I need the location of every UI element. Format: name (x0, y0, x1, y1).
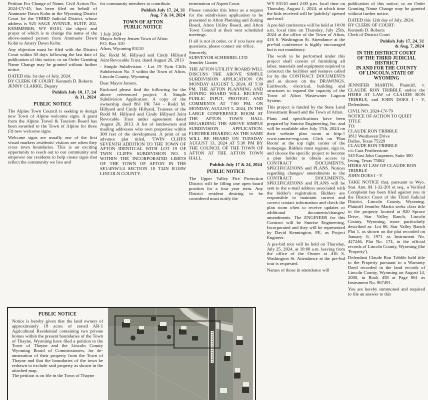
newspaper-page: Petition For Change of Name, Civil Actio… (0, 0, 428, 400)
notice-paragraph: for community members to contribute. (100, 2, 186, 7)
notice-heading: PUBLIC NOTICE (8, 103, 97, 108)
notice-paragraph: Enclosed please find the following for t… (100, 87, 186, 176)
notice-paragraph: THE AFTON UTILITY BOARD WILL DISCUSS THE… (189, 67, 263, 161)
notice-lines: DATED this 12th day of July, 2024. BY CL… (348, 18, 425, 38)
notice-column-4: WY 83110 until 2:00 p.m. local time on T… (267, 2, 345, 275)
thayne-deannexation-notice-box: PUBLIC NOTICE Notice is hereby given tha… (7, 307, 256, 400)
notice-paragraph: Re: Rodd M. Hillyard and Cindy Hillyard … (100, 53, 186, 63)
notice-paragraph: You are hereby summoned and required to … (348, 287, 425, 297)
notice-paragraph: Plans and specifications have been prepa… (267, 116, 345, 240)
notice-lines: Dear Mayor Jensen, (100, 81, 186, 86)
notice-lines: DATED this 1st day of July, 2024. BY CLE… (8, 74, 97, 89)
notice-paragraph: The Upper Valley Fire Protection Distric… (189, 176, 263, 201)
notice-column-1: Petition For Change of Name, Civil Actio… (8, 2, 97, 167)
notice-paragraph: Names of those in attendance will (267, 268, 345, 273)
publish-line: Publish July 17, 24, 31 & Aug. 7, 2024 (348, 39, 424, 49)
notice-paragraph: WY 83110 until 2:00 p.m. local time on T… (267, 2, 345, 22)
notice-paragraph: This project is funded by the State Land… (267, 105, 345, 115)
notice-heading: PUBLIC NOTICE (189, 170, 263, 175)
notice-paragraph: Welcome signs are usually one of the fir… (8, 135, 97, 165)
notice-paragraph: publication of this notice, or an Order … (348, 2, 425, 17)
notice-heading: IN THE DISTRICT COURT OF THE THIRD JUDIC… (348, 52, 425, 82)
notice-paragraph: JENNIFER MARTIN, Plaintiff, v. CLAUDE RO… (348, 83, 425, 108)
notice-paragraph: If all is not in order, or if you have a… (189, 39, 263, 49)
notice-paragraph: A pre-bid conference will be held at 10:… (267, 23, 345, 53)
notice-column-2: for community members to contribute.Publ… (100, 2, 186, 178)
notice-column-5: publication of this notice, or an Order … (348, 2, 425, 299)
notice-paragraph: TAKE NOTICE that, pursuant to Wyo. Stat.… (348, 180, 425, 254)
notice-paragraph: Defendant Claude Ron Tribble held title … (348, 256, 425, 286)
thayne-notice-text: PUBLIC NOTICE Notice is hereby given tha… (12, 310, 103, 400)
notice-paragraph: Notice is hereby given that the land own… (12, 319, 103, 378)
notice-paragraph: The Alpine Town Council is seeking to de… (8, 109, 97, 134)
notice-heading: PUBLIC NOTICE (12, 313, 103, 318)
publish-line: Publish July 17, 24, 31 Aug. 7 & 14, 202… (100, 8, 185, 18)
notice-paragraph: The work to be performed under this proj… (267, 54, 345, 104)
notice-lines: CIVIL NO. 2024-CV-79 NOTICE OF ACTION TO… (348, 109, 425, 178)
publish-line: Publish July 10, 17, 24 & 31, 2024 (8, 90, 96, 100)
notice-lines: Sincerely, SURVEYOR SCHERBEL LTD Jennife… (189, 51, 263, 66)
notice-paragraph: - Simple Subdivision - Lot 19 Twin Cliff… (100, 64, 186, 79)
notice-column-3: termination of Aspen Court.Please consid… (189, 2, 263, 203)
notice-paragraph: termination of Aspen Court. (189, 2, 263, 7)
aerial-map-photo (108, 308, 253, 400)
publish-line: Publish July 17 & 24, 2024 (189, 163, 262, 168)
aerial-map-photo-art (108, 308, 253, 400)
notice-paragraph: A pre-bid tour will be held on Thursday,… (267, 242, 345, 267)
notice-heading: TOWN OF AFTON PUBLIC NOTICE (100, 20, 186, 30)
notice-lines: 1 July 2024 Mayor Jeffrey Jensen Town of… (100, 32, 186, 52)
notice-paragraph: Any objection must be filed with the Dis… (8, 48, 97, 73)
notice-paragraph: Petition For Change of Name, Civil Actio… (8, 2, 97, 47)
notice-paragraph: Please consider this letter as a request… (189, 8, 263, 38)
